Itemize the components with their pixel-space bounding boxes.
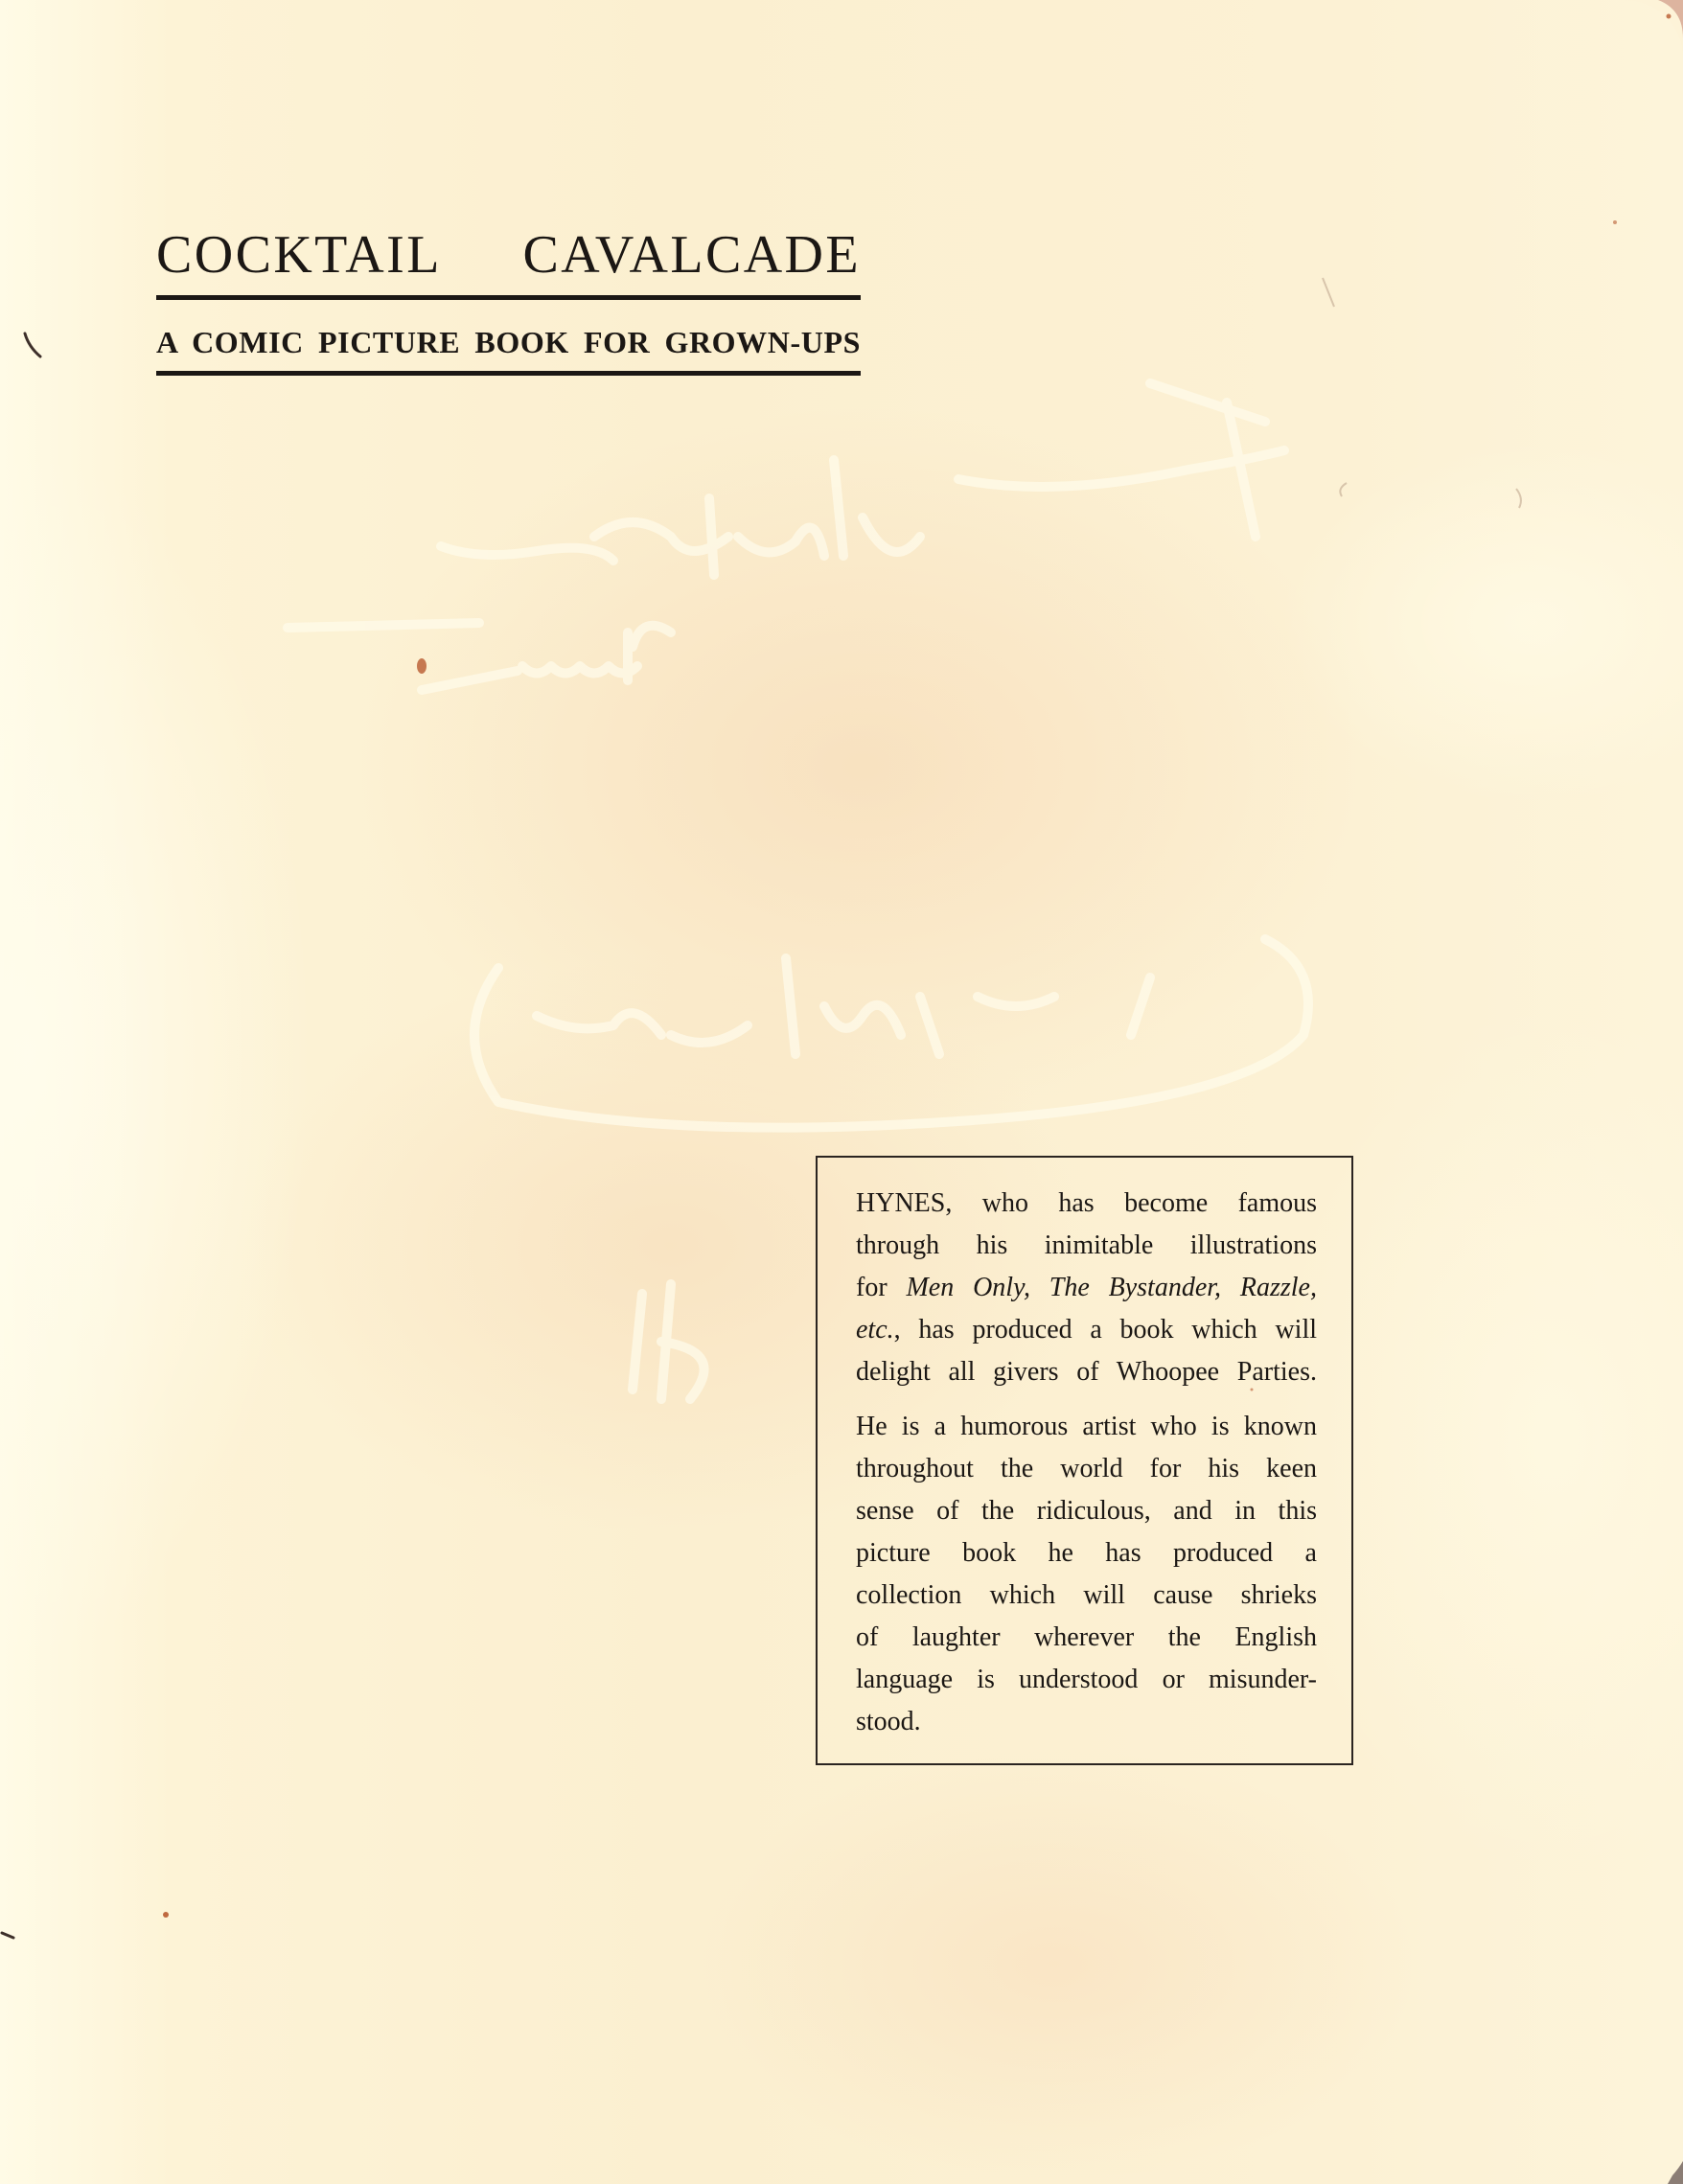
blurb-line: through his inimitable illustrations bbox=[856, 1225, 1317, 1267]
book-title: COCKTAIL CAVALCADE bbox=[156, 226, 861, 284]
blurb-line: picture book he has produced a bbox=[856, 1532, 1317, 1575]
blurb-paragraph-2: He is a humorous artist who is known thr… bbox=[856, 1406, 1317, 1743]
blurb-line: etc., has produced a book which will bbox=[856, 1309, 1317, 1351]
blurb-line: of laughter wherever the English bbox=[856, 1617, 1317, 1659]
blurb-line-segment: for bbox=[856, 1273, 906, 1302]
book-subtitle: A COMIC PICTURE BOOK FOR GROWN-UPS bbox=[156, 325, 861, 359]
blurb-line-segment: , has produced a book which will bbox=[894, 1315, 1317, 1345]
title-block: COCKTAIL CAVALCADE A COMIC PICTURE BOOK … bbox=[156, 226, 861, 376]
blurb-line: language is understood or misunder- bbox=[856, 1659, 1317, 1701]
blurb-line: for Men Only, The Bystander, Razzle, bbox=[856, 1267, 1317, 1309]
blurb-line: throughout the world for his keen bbox=[856, 1448, 1317, 1490]
blurb-line: HYNES, who has become famous bbox=[856, 1183, 1317, 1225]
etc-italic: etc. bbox=[856, 1315, 894, 1345]
blurb-line: stood. bbox=[856, 1701, 1317, 1743]
title-rule-bottom bbox=[156, 371, 861, 376]
book-page: COCKTAIL CAVALCADE A COMIC PICTURE BOOK … bbox=[0, 0, 1683, 2184]
publication-names-italic: Men Only, The Bystander, Razzle, bbox=[906, 1273, 1317, 1302]
blurb-line: delight all givers of Whoopee Parties. bbox=[856, 1351, 1317, 1393]
blurb-paragraph-1: HYNES, who has become famous through his… bbox=[856, 1183, 1317, 1393]
blurb-text: HYNES, who has become famous through his… bbox=[856, 1183, 1317, 1743]
blurb-line: sense of the ridiculous, and in this bbox=[856, 1490, 1317, 1532]
blurb-line: collection which will cause shrieks bbox=[856, 1575, 1317, 1617]
blurb-box: HYNES, who has become famous through his… bbox=[816, 1156, 1353, 1765]
paragraph-gap bbox=[856, 1393, 1317, 1406]
blurb-line: He is a humorous artist who is known bbox=[856, 1406, 1317, 1448]
title-rule-top bbox=[156, 295, 861, 300]
